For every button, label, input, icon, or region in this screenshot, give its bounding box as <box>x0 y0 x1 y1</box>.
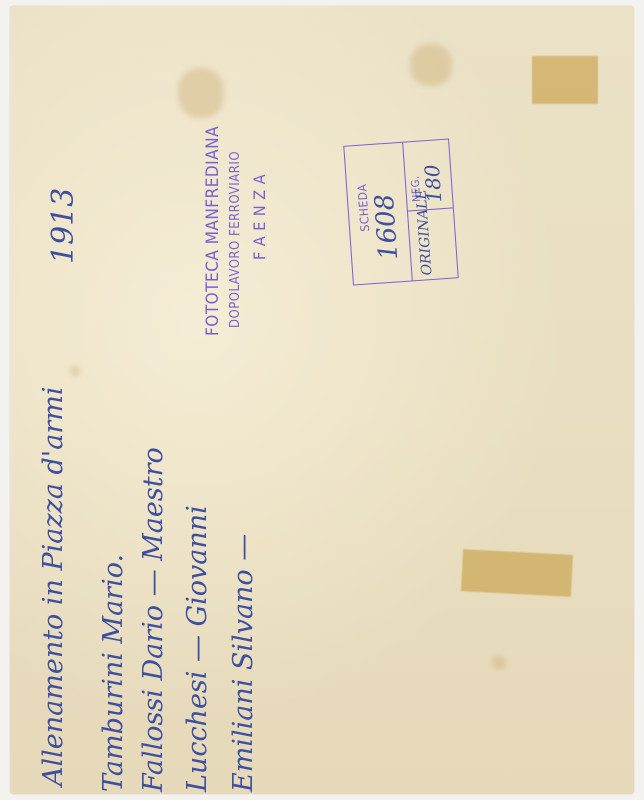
catalog-stamp: SCHEDA 1608 NEG. 180 ORIGINALE <box>343 138 459 285</box>
archive-stamp-line1: FOTOTECA MANFREDIANA <box>203 126 223 336</box>
archive-stamp-line3: F A E N Z A <box>250 174 269 260</box>
caption-name-4: Emiliani Silvano — <box>228 534 259 792</box>
caption-name-3: Lucchesi — Giovanni <box>182 505 213 792</box>
caption-name-2: Fallossi Dario — Maestro <box>138 447 169 792</box>
foxing-stain <box>492 656 506 670</box>
caption-year: 1913 <box>46 188 81 264</box>
scheda-number: 1608 <box>370 193 405 261</box>
tape-residue-lower-right <box>461 549 573 597</box>
foxing-stain <box>178 68 224 118</box>
foxing-stain <box>410 44 452 86</box>
foxing-stain <box>70 366 80 376</box>
caption-name-1: Tamburini Mario. <box>98 554 129 792</box>
archive-stamp-line2: DOPOLAVORO FERROVIARIO <box>228 151 243 328</box>
tape-residue-top-right <box>532 56 598 104</box>
caption-title: Allenamento in Piazza d'armi <box>38 387 69 786</box>
photo-back-card: FOTOTECA MANFREDIANA DOPOLAVORO FERROVIA… <box>10 6 634 794</box>
